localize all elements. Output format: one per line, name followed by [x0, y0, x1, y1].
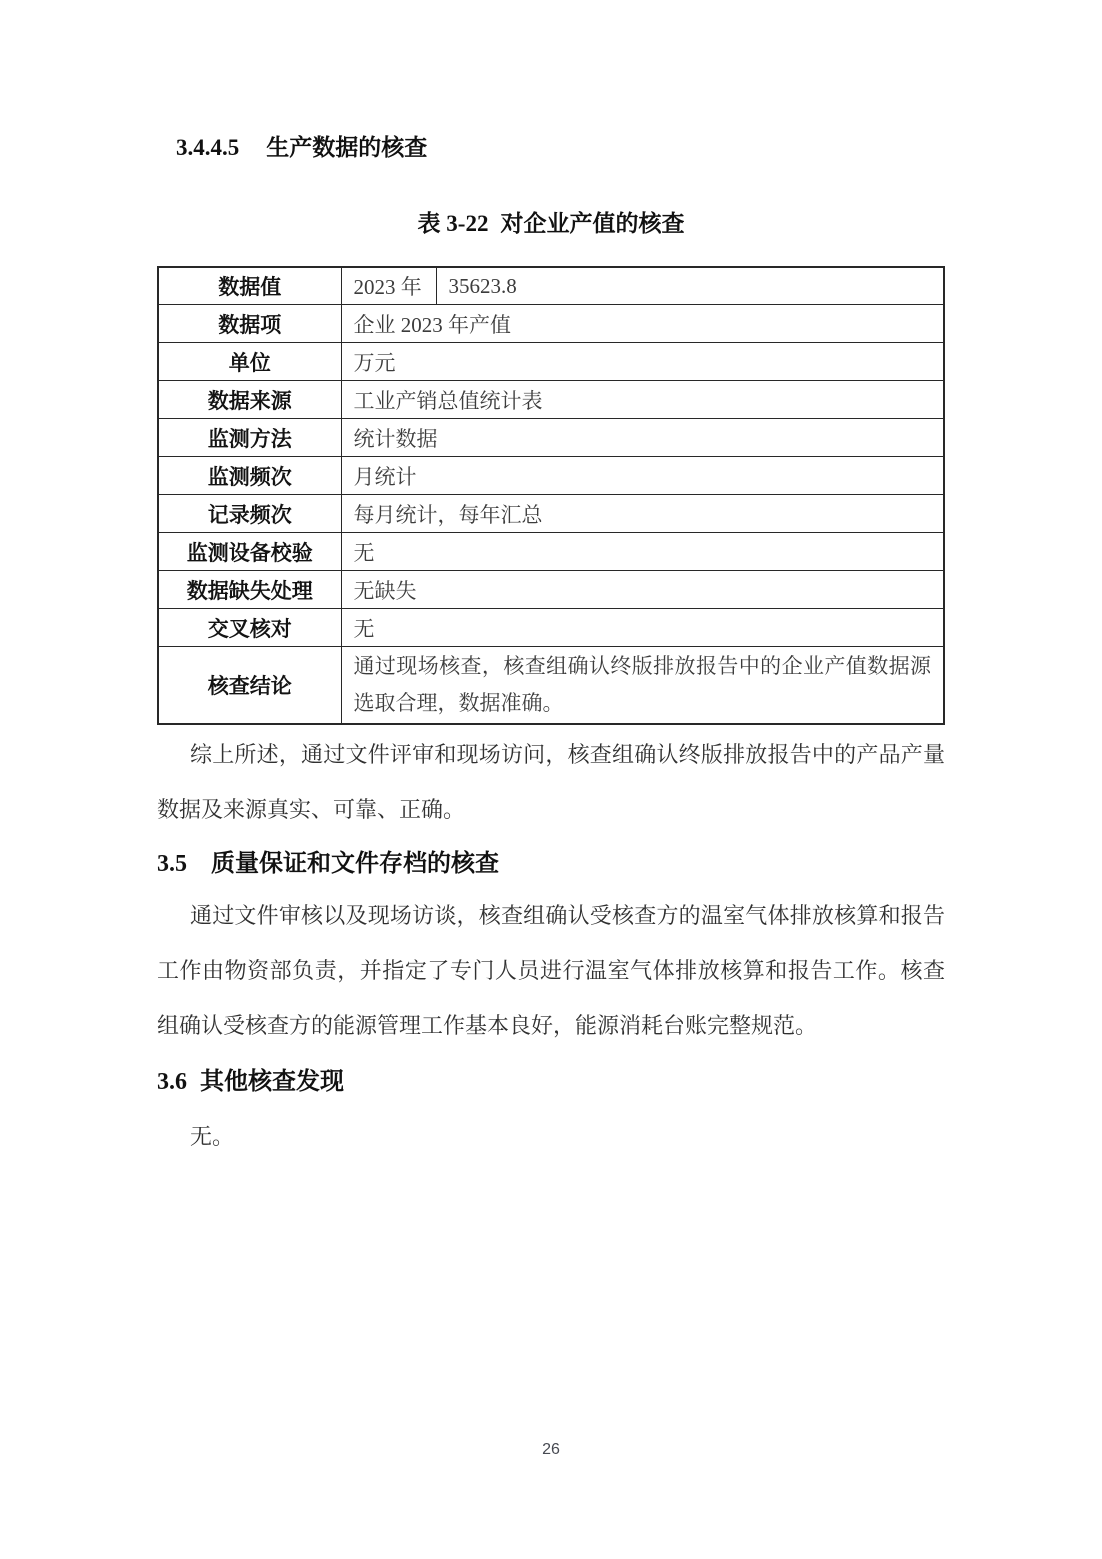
table-row: 记录频次 每月统计，每年汇总 — [158, 495, 944, 533]
row-label: 监测方法 — [158, 419, 341, 457]
section-heading-3.5: 3.5质量保证和文件存档的核查 — [157, 849, 945, 879]
row-label: 监测设备校验 — [158, 533, 341, 571]
row-value: 35623.8 — [436, 267, 944, 305]
row-value: 万元 — [341, 343, 944, 381]
section-title: 其他核查发现 — [200, 1069, 344, 1095]
row-value: 无缺失 — [341, 571, 944, 609]
table-row: 监测设备校验 无 — [158, 533, 944, 571]
row-year: 2023 年 — [341, 267, 436, 305]
section-number: 3.6 — [157, 1069, 187, 1095]
row-value: 月统计 — [341, 457, 944, 495]
row-label: 数据来源 — [158, 381, 341, 419]
row-label: 数据项 — [158, 305, 341, 343]
row-value: 统计数据 — [341, 419, 944, 457]
table-row: 数据项 企业 2023 年产值 — [158, 305, 944, 343]
row-value: 企业 2023 年产值 — [341, 305, 944, 343]
table-row: 数据缺失处理 无缺失 — [158, 571, 944, 609]
table-caption-title: 对企业产值的核查 — [500, 211, 684, 236]
page-number: 26 — [0, 1441, 1102, 1459]
table-row: 单位 万元 — [158, 343, 944, 381]
document-page: 3.4.4.5生产数据的核查 表 3-22对企业产值的核查 数据值 2023 年… — [0, 0, 1102, 1559]
section-title: 质量保证和文件存档的核查 — [211, 851, 499, 877]
table-caption: 表 3-22对企业产值的核查 — [157, 205, 945, 238]
paragraph-other-findings: 无。 — [157, 1109, 945, 1164]
row-label: 单位 — [158, 343, 341, 381]
table-row-data-value: 数据值 2023 年 35623.8 — [158, 267, 944, 305]
table-row: 监测方法 统计数据 — [158, 419, 944, 457]
row-value: 每月统计，每年汇总 — [341, 495, 944, 533]
paragraph-quality-assurance: 通过文件审核以及现场访谈，核查组确认受核查方的温室气体排放核算和报告工作由物资部… — [157, 888, 945, 1053]
row-value: 工业产销总值统计表 — [341, 381, 944, 419]
section-heading-3.4.4.5: 3.4.4.5生产数据的核查 — [157, 134, 945, 163]
row-value: 无 — [341, 533, 944, 571]
table-row: 监测频次 月统计 — [158, 457, 944, 495]
production-value-verification-table: 数据值 2023 年 35623.8 数据项 企业 2023 年产值 单位 万元… — [157, 266, 945, 726]
section-number: 3.4.4.5 — [176, 135, 239, 160]
table-caption-number: 表 3-22 — [418, 211, 489, 236]
paragraph-summary: 综上所述，通过文件评审和现场访问，核查组确认终版排放报告中的产品产量数据及来源真… — [157, 727, 945, 837]
row-label: 数据值 — [158, 267, 341, 305]
table-row-conclusion: 核查结论 通过现场核查，核查组确认终版排放报告中的企业产值数据源选取合理，数据准… — [158, 647, 944, 725]
table-row: 交叉核对 无 — [158, 609, 944, 647]
row-label: 数据缺失处理 — [158, 571, 341, 609]
table-row: 数据来源 工业产销总值统计表 — [158, 381, 944, 419]
row-label: 交叉核对 — [158, 609, 341, 647]
row-label: 记录频次 — [158, 495, 341, 533]
page-content: 3.4.4.5生产数据的核查 表 3-22对企业产值的核查 数据值 2023 年… — [157, 0, 945, 1164]
row-label: 核查结论 — [158, 647, 341, 725]
section-number: 3.5 — [157, 851, 187, 877]
row-value: 通过现场核查，核查组确认终版排放报告中的企业产值数据源选取合理，数据准确。 — [341, 647, 944, 725]
row-value: 无 — [341, 609, 944, 647]
row-label: 监测频次 — [158, 457, 341, 495]
section-heading-3.6: 3.6其他核查发现 — [157, 1067, 945, 1097]
section-title: 生产数据的核查 — [266, 135, 427, 160]
